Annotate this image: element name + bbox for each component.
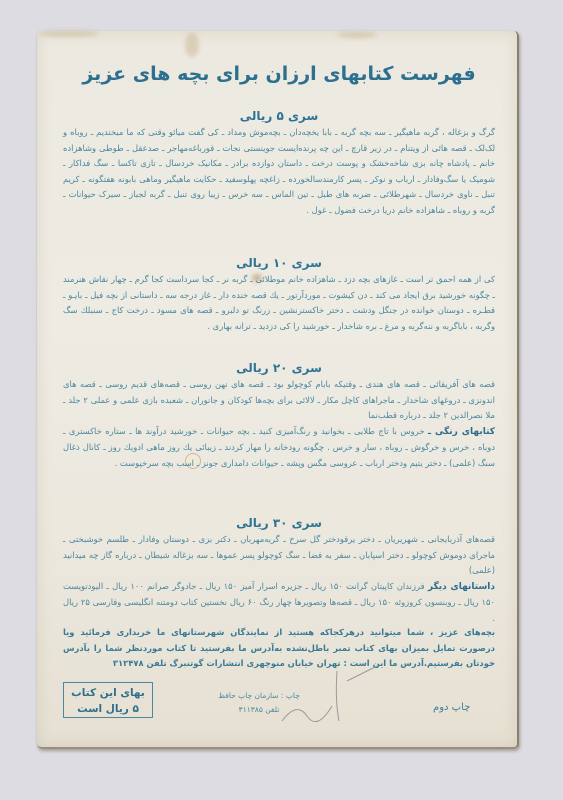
colored-books-lead: کتابهای رنگی ـ xyxy=(428,427,495,437)
edition-label: چاپ دوم xyxy=(433,702,470,713)
series-30-rial-heading: سری ۳۰ ریالی xyxy=(63,516,495,530)
series-30-rial-text: قصه‌های آذربایجانی ـ شهریریان ـ دختر یرق… xyxy=(63,534,495,575)
series-20-rial-heading: سری ۲۰ ریالی xyxy=(63,361,495,375)
book-back-cover: فهرست کتابهای ارزان برای بچه های عزیز سر… xyxy=(37,31,519,749)
series-5-rial-heading: سری ۵ ریالی xyxy=(63,109,495,123)
series-20-rial-list: قصه های آفریقائی ـ قصه های هندی ـ وقتیکه… xyxy=(63,377,495,472)
other-stories-lead: داستانهای دیگر xyxy=(428,582,495,592)
pencil-scribble xyxy=(277,661,387,731)
price-box: بهای این کتاب ۵ ریال است xyxy=(63,682,153,718)
price-box-line2: ۵ ریال است xyxy=(64,701,152,717)
series-10-rial-heading: سری ۱۰ ریالی xyxy=(63,256,495,270)
page-title: فهرست کتابهای ارزان برای بچه های عزیز xyxy=(63,63,495,85)
series-30-rial-list: قصه‌های آذربایجانی ـ شهریریان ـ دختر یرق… xyxy=(63,532,495,627)
series-20-rial-text: قصه های آفریقائی ـ قصه های هندی ـ وقتیکه… xyxy=(63,379,495,420)
series-5-rial-list: گرگ و بزغاله ، گربه ماهیگیر ـ سه بچه گرب… xyxy=(63,125,495,219)
price-box-line1: بهای این کتاب xyxy=(64,685,152,701)
series-10-rial-list: کی از همه احمق تر است ـ غازهای بچه دزد ـ… xyxy=(63,272,495,334)
